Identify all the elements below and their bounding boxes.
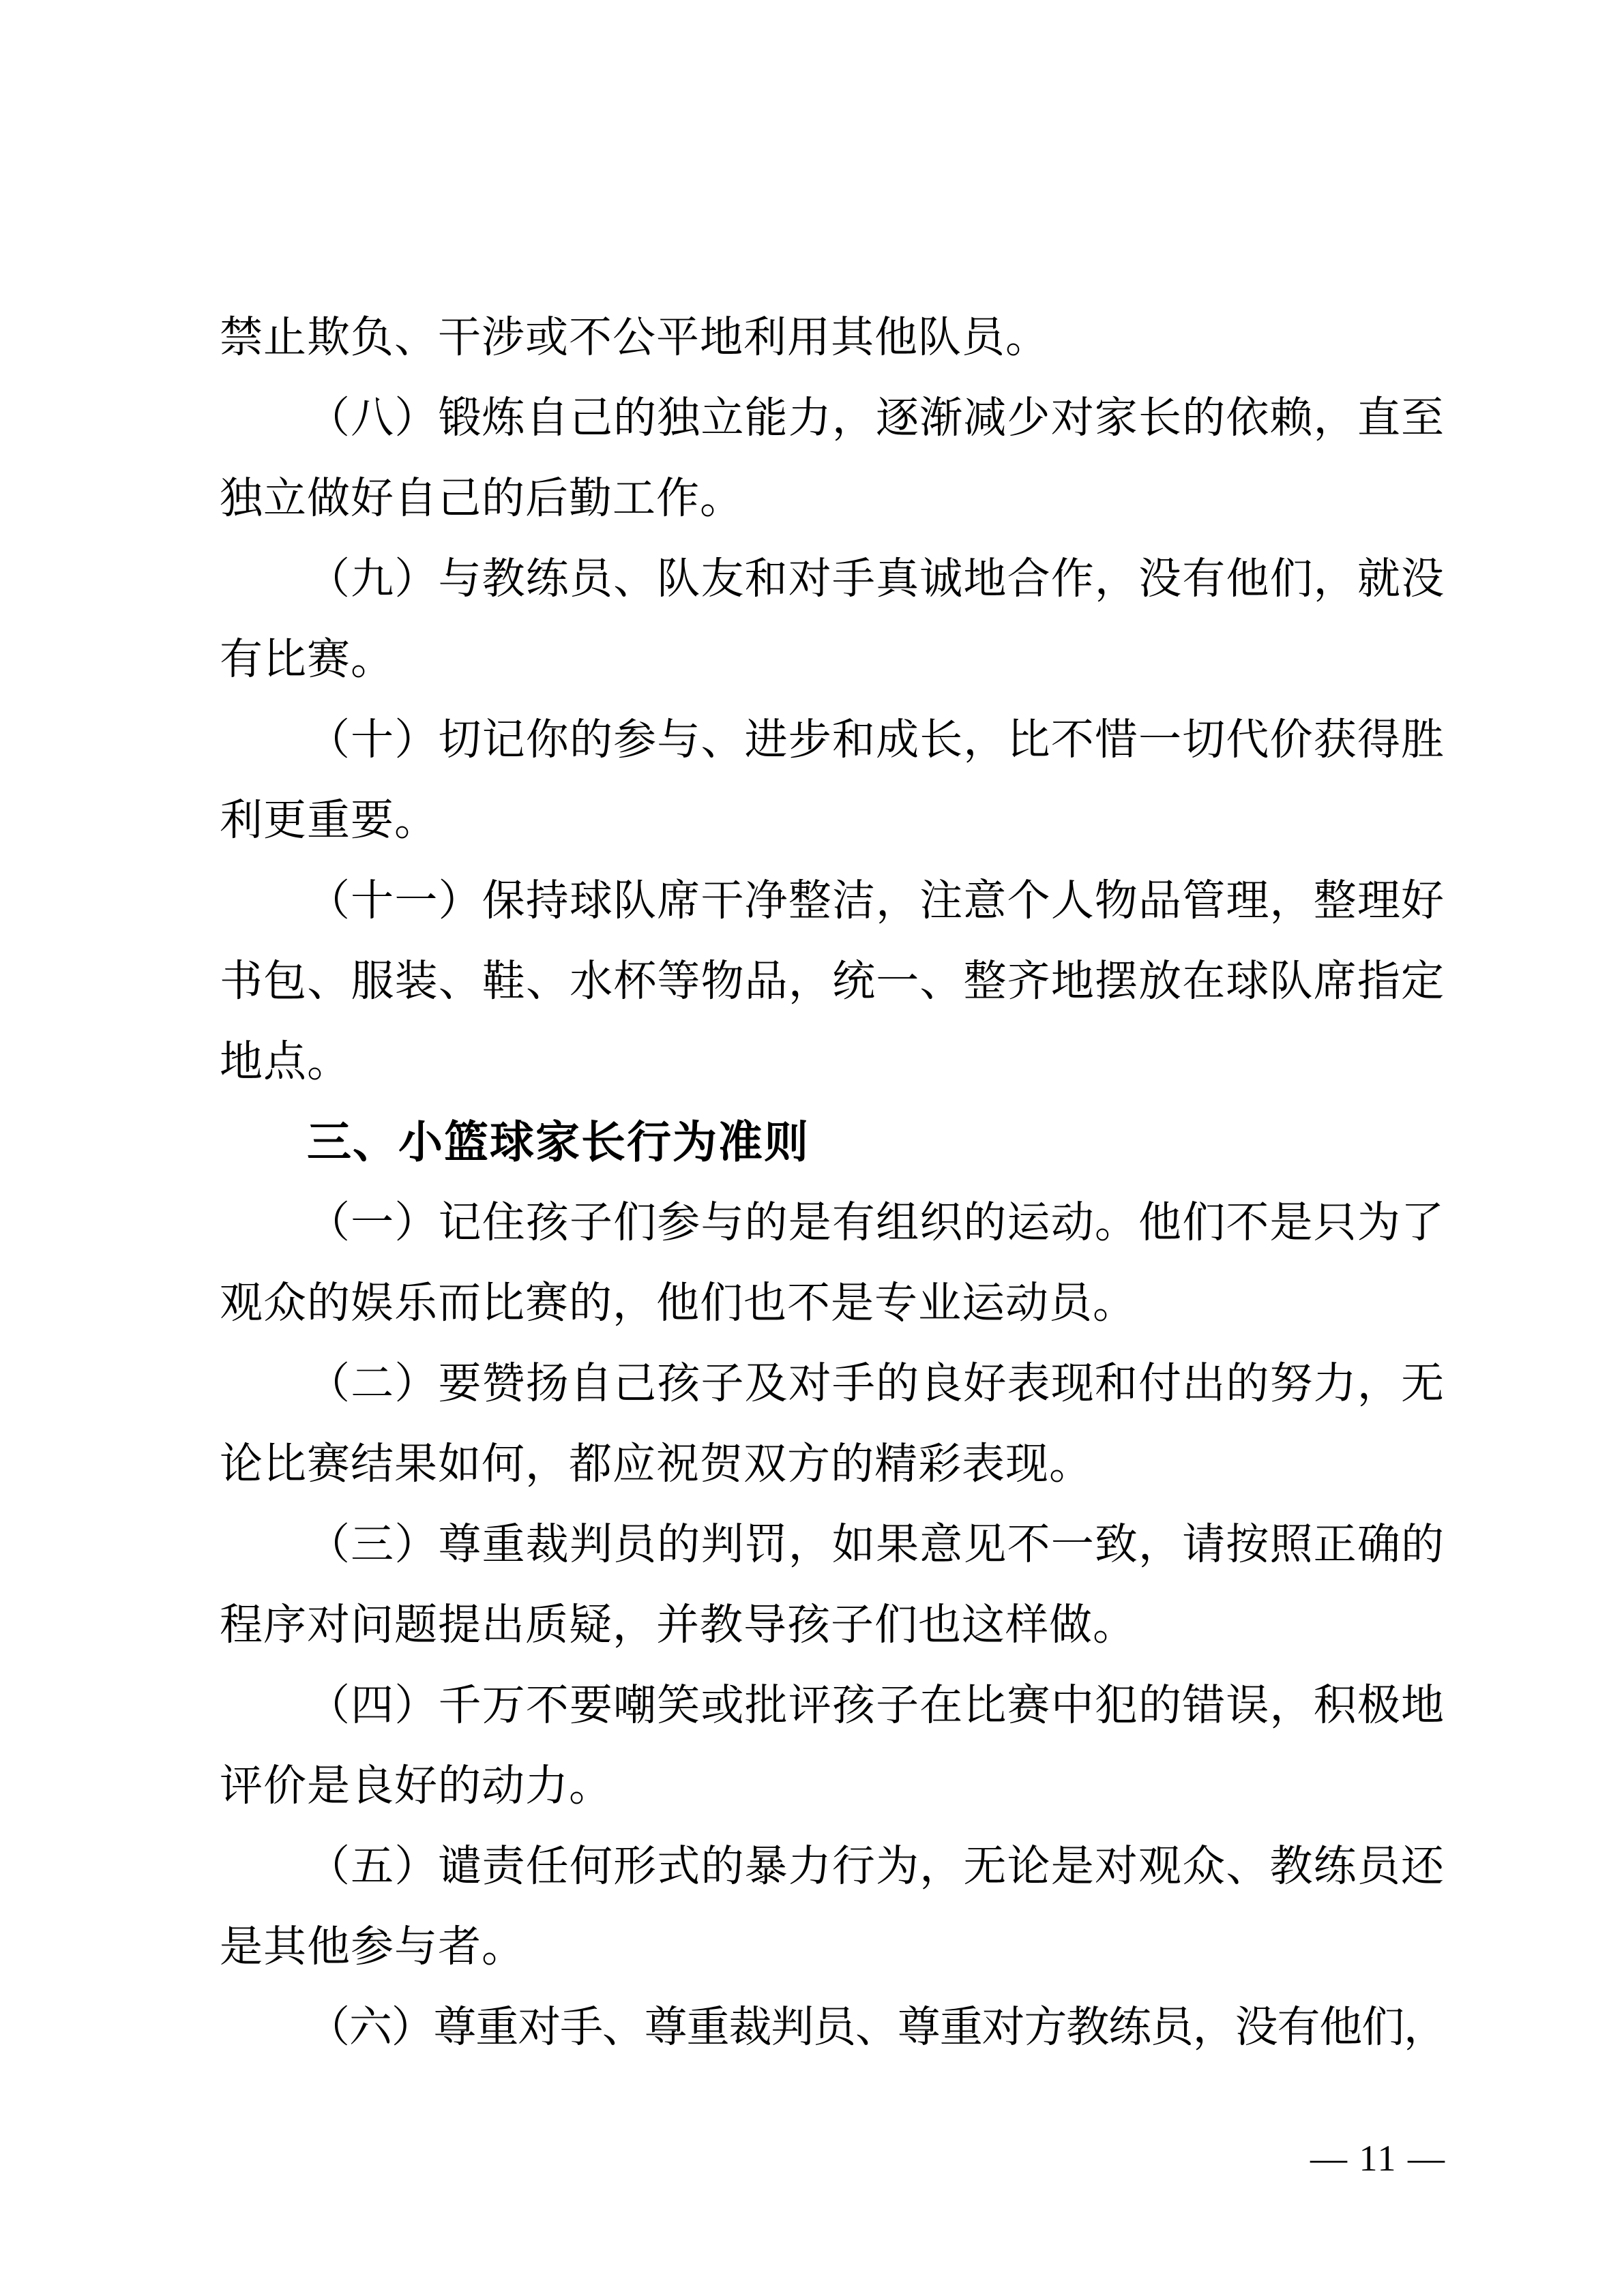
text-line: 有比赛。 (220, 619, 1445, 700)
text-line: （一）记住孩子们参与的是有组织的运动。他们不是只为了 (220, 1182, 1445, 1263)
text-line: 地点。 (220, 1022, 1445, 1102)
text-line: （五）谴责任何形式的暴力行为，无论是对观众、教练员还 (220, 1826, 1445, 1907)
text-line: 程序对问题提出质疑，并教导孩子们也这样做。 (220, 1585, 1445, 1665)
text-line: （十一）保持球队席干净整洁，注意个人物品管理，整理好 (220, 861, 1445, 941)
text-line: （九）与教练员、队友和对手真诚地合作，没有他们，就没 (220, 539, 1445, 619)
text-block: 禁止欺负、干涉或不公平地利用其他队员。（八）锻炼自己的独立能力，逐渐减少对家长的… (220, 297, 1445, 2068)
text-line: 观众的娱乐而比赛的，他们也不是专业运动员。 (220, 1263, 1445, 1343)
text-line: 独立做好自己的后勤工作。 (220, 458, 1445, 539)
text-line: （三）尊重裁判员的判罚，如果意见不一致，请按照正确的 (220, 1504, 1445, 1585)
section-heading: 三、小篮球家长行为准则 (220, 1102, 1445, 1182)
text-line: 书包、服装、鞋、水杯等物品，统一、整齐地摆放在球队席指定 (220, 941, 1445, 1022)
page-number: — 11 — (1310, 2131, 1446, 2186)
text-line: （二）要赞扬自己孩子及对手的良好表现和付出的努力，无 (220, 1343, 1445, 1424)
text-line: 评价是良好的动力。 (220, 1746, 1445, 1826)
text-line: 是其他参与者。 (220, 1907, 1445, 1987)
text-line: 论比赛结果如何，都应祝贺双方的精彩表现。 (220, 1424, 1445, 1504)
text-line: （十）切记你的参与、进步和成长，比不惜一切代价获得胜 (220, 700, 1445, 780)
text-line: 利更重要。 (220, 780, 1445, 861)
text-line: （四）千万不要嘲笑或批评孩子在比赛中犯的错误，积极地 (220, 1665, 1445, 1746)
text-line: （六）尊重对手、尊重裁判员、尊重对方教练员，没有他们， (220, 1987, 1445, 2068)
text-line: （八）锻炼自己的独立能力，逐渐减少对家长的依赖，直至 (220, 378, 1445, 458)
document-page: 禁止欺负、干涉或不公平地利用其他队员。（八）锻炼自己的独立能力，逐渐减少对家长的… (0, 0, 1624, 2296)
text-line: 禁止欺负、干涉或不公平地利用其他队员。 (220, 297, 1445, 378)
